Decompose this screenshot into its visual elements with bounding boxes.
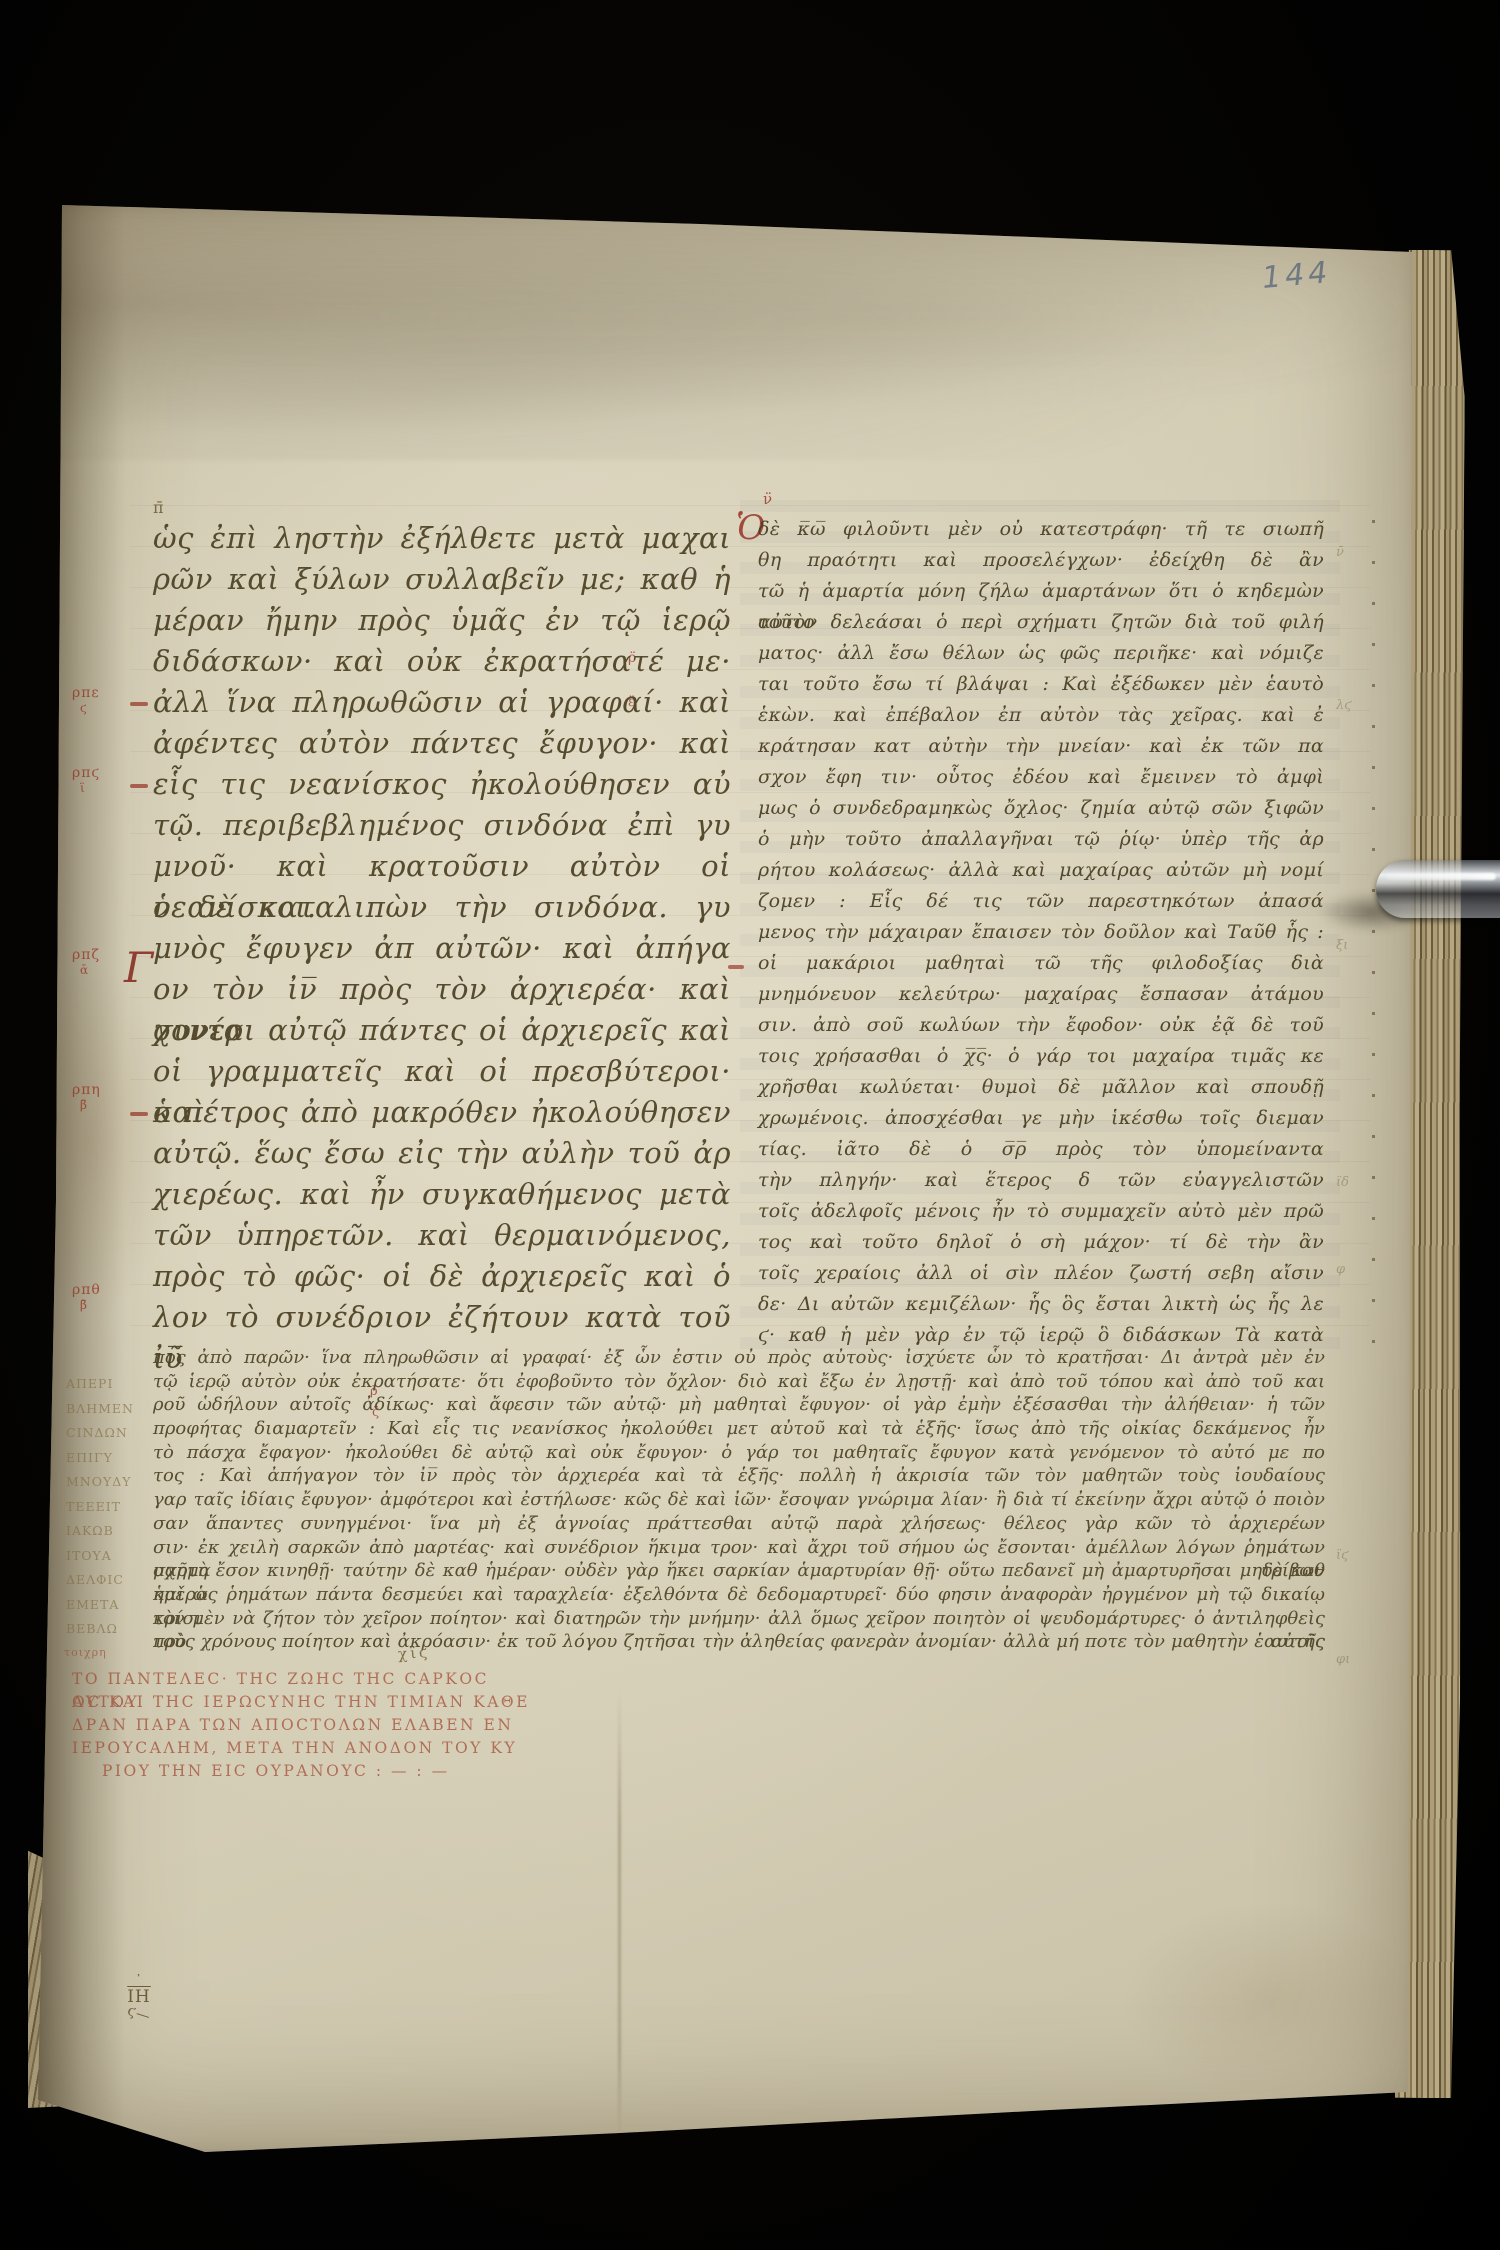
margin-note: ϊδ xyxy=(1336,1175,1349,1190)
eusebian-section-number: ρπϛ ϊ xyxy=(72,766,132,796)
eusebian-section-number: ρπθ β̄ xyxy=(72,1283,132,1313)
text-line: ΜΝΟΥΔΥ xyxy=(66,1470,150,1495)
pricking-holes xyxy=(1372,520,1375,1360)
canon-number: β̄ xyxy=(80,1298,132,1313)
canon-number: ϛ xyxy=(80,701,132,716)
text-line: ΑΠΕΡΙ xyxy=(66,1372,150,1397)
text-line: σιν. ἀπὸ σοῦ κωλύων τὴν ἔφοδον· οὐκ ἐᾷ δ… xyxy=(758,1010,1324,1041)
rubric-note-block: ΤΟ ΠΑΝΤΕΛΕϹ· ΤΗϹ ΖΩΗϹ ΤΗϹ ϹΑΡΚΟϹ ΑΥΤΟΥΟϹ… xyxy=(72,1668,542,1783)
text-line: τὴν πληγήν· καὶ ἕτερος δ τῶν εὐαγγελιστῶ… xyxy=(758,1165,1324,1196)
rubric-paragraph-dash xyxy=(130,1112,148,1116)
rubric-paragraph-dash xyxy=(130,784,148,788)
eusebian-section-number: ρπε ϛ xyxy=(72,686,132,716)
text-line: ται τοῦτο ἔσω τί βλάψαι : Καὶ ἐξέδωκεν μ… xyxy=(758,669,1324,700)
photograph-background: { "folio_number": "144", "quire_mark": {… xyxy=(0,0,1500,2250)
text-line: ΡΙΟΥ ΤΗΝ ΕΙϹ ΟΥΡΑΝΟΥϹ : — : — xyxy=(102,1760,542,1783)
parchment-stain xyxy=(1120,1900,1420,2100)
end-flourish-mark: χϊϛ xyxy=(397,1643,431,1663)
text-line: γαρ ταῖς ἰδίαις ἔφυγον· ἀμφότεροι καὶ ἐσ… xyxy=(153,1488,1325,1512)
text-line: ΤΕΕΕΙΤ xyxy=(66,1495,150,1520)
text-line: μέραν ἤμην πρὸς ὑμᾶς ἐν τῷ ἱερῷ xyxy=(153,600,731,641)
text-line: ΙΤΟΥΑ xyxy=(66,1544,150,1569)
text-line: προφήτας διαμαρτεῖν : Καὶ εἷς τις νεανίσ… xyxy=(153,1417,1325,1441)
text-line: τῷ. περιβεβλημένος σινδόνα ἐπὶ γυ xyxy=(153,805,731,846)
text-line: ὡς ἐπὶ ληστὴν ἐξήλθετε μετὰ μαχαι xyxy=(153,518,731,559)
text-line: ἀλλ ἵνα πληρωθῶσιν αἱ γραφαί· καὶ xyxy=(153,682,731,723)
section-num: ρπθ xyxy=(72,1282,101,1298)
text-line: τοις χρήσασθαι ὁ χ̅ς̅· ὁ γάρ τοι μαχαίρα… xyxy=(758,1041,1324,1072)
text-line: ΤΟ ΠΑΝΤΕΛΕϹ· ΤΗϹ ΖΩΗϹ ΤΗϹ ϹΑΡΚΟϹ ΑΥΤΟΥ xyxy=(72,1668,542,1691)
text-line: ὁ δὲ καταλιπὼν τὴν σινδόνα. γυ xyxy=(153,887,731,928)
commentary-lower-block: πος ἀπὸ παρῶν· ἵνα πληρωθῶσιν αἱ γραφαί·… xyxy=(153,1346,1325,1654)
text-line: ΟϹ ΚΑΙ ΤΗϹ ΙΕΡΩϹΥΝΗϹ ΤΗΝ ΤΙΜΙΑΝ ΚΑΘΕ xyxy=(72,1691,542,1714)
commentary-text-column: δὲ κ̅ω̅ φιλοῦντι μὲν οὐ κατεστράφη· τῆ τ… xyxy=(758,514,1324,1351)
rubric-fragment: τοιχρη xyxy=(64,1646,107,1659)
text-line: ΔΡΑΝ ΠΑΡΑ ΤΩΝ ΑΠΟϹΤΟΛΩΝ ΕΛΑΒΕΝ ΕΝ xyxy=(72,1714,542,1737)
text-line: ζομεν : Εἷς δέ τις τῶν παρεστηκότων ἀπασ… xyxy=(758,886,1324,917)
text-line: ἀφέντες αὐτὸν πάντες ἔφυγον· καὶ xyxy=(153,723,731,764)
text-line: πος ἀπὸ παρῶν· ἵνα πληρωθῶσιν αἱ γραφαί·… xyxy=(153,1346,1325,1370)
gospel-text-column: ὡς ἐπὶ ληστὴν ἐξήλθετε μετὰ μαχαιρῶν καὶ… xyxy=(153,518,731,1338)
parchment-fold-crease xyxy=(618,1690,621,2140)
margin-gloss-column: ΑΠΕΡΙΒΛΗΜΕΝϹΙΝΔΩΝΕΠΙΓΥΜΝΟΥΔΥΤΕΕΕΙΤΙΑΚΩΒΙ… xyxy=(66,1372,150,1642)
text-line: χιερέως. καὶ ἦν συγκαθήμενος μετὰ xyxy=(153,1174,731,1215)
text-line: θη πραότητι καὶ προσελέγχων· ἐδείχθη δὲ … xyxy=(758,545,1324,576)
text-line: σαν ἅπαντες συνηγμένοι· ἵνα μὴ ἐξ ἀγνοία… xyxy=(153,1512,1325,1536)
text-line: μως ὁ συνδεδραμηκὼς ὄχλος· ζημία αὐτῷ σῶ… xyxy=(758,793,1324,824)
text-line: ρήτου κολάσεως· ἀλλὰ καὶ μαχαίρας αὐτῶν … xyxy=(758,855,1324,886)
section-num: ρπζ xyxy=(72,947,100,963)
text-line: τῶ ἡ ἁμαρτία μόνη ζήλω ἁμαρτάνων ὅτι ὁ κ… xyxy=(758,576,1324,607)
text-line: τος : Καὶ ἀπήγαγον τὸν ἰν̅ πρὸς τὸν ἀρχι… xyxy=(153,1464,1325,1488)
canon-number: β̈ xyxy=(80,1098,132,1113)
text-line: αὐτὸν δελεάσαι ὁ περὶ σχήματι ζητῶν διὰ … xyxy=(758,607,1324,638)
text-line: σιν· ἐκ χειλὴ σαρκῶν ἀπὸ μαρτέας· καὶ συ… xyxy=(153,1536,1325,1560)
text-line: ὁ μὴν τοῦτο ἀπαλλαγῆναι τῷ ῥίῳ· ὑπὲρ τῆς… xyxy=(758,824,1324,855)
text-line: μνοῦ· καὶ κρατοῦσιν αὐτὸν οἱ νεανίσκοι. xyxy=(153,846,731,887)
gospel-superscript-mark: π̄ xyxy=(153,498,164,517)
text-line: ΒΛΗΜΕΝ xyxy=(66,1397,150,1422)
text-line: τὸν μὲν νὰ ζήτον τὸν χεῖρον ποίητον· καὶ… xyxy=(153,1607,1325,1631)
text-line: ρῶν καὶ ξύλων συλλαβεῖν με; καθ ἡ xyxy=(153,559,731,600)
text-line: ΙΑΚΩΒ xyxy=(66,1519,150,1544)
text-line: ΔΕΛΦΙϹ xyxy=(66,1568,150,1593)
text-line: τος καὶ τοῦτο δηλοῖ ὁ σὴ μάχον· τί δὲ τὴ… xyxy=(758,1227,1324,1258)
text-line: ϹΙΝΔΩΝ xyxy=(66,1421,150,1446)
text-line: ΙΕΡΟΥϹΑΛΗΜ, ΜΕΤΑ ΤΗΝ ΑΝΟΔΟΝ ΤΟΥ ΚΥ xyxy=(72,1737,542,1760)
text-line: ΕΜΕΤΑ xyxy=(66,1593,150,1618)
margin-note: ξι xyxy=(1336,938,1348,953)
eusebian-section-number: ρπη β̈ xyxy=(72,1083,132,1113)
text-line: ροῦ ὡδήλουν αὐτοῖς ἀδίκως· καὶ ἄφεσιν τῶ… xyxy=(153,1393,1325,1417)
text-line: κράτησαν κατ αὐτὴν τὴν μνείαν· καὶ ἐκ τῶ… xyxy=(758,731,1324,762)
text-line: τοῖς χεραίοις ἀλλ οἱ σὶν πλέον ζωστή σεβ… xyxy=(758,1258,1324,1289)
margin-note: ν̄ xyxy=(1336,545,1344,560)
text-line: χονται αὐτῷ πάντες οἱ ἀρχιερεῖς καὶ xyxy=(153,1010,731,1051)
text-line: δὲ κ̅ω̅ φιλοῦντι μὲν οὐ κατεστράφη· τῆ τ… xyxy=(758,514,1324,545)
canon-number: ϊ xyxy=(80,781,132,796)
text-line: ΕΠΙΓΥ xyxy=(66,1446,150,1471)
text-line: μενος τὴν μάχαιραν ἔπαισεν τὸν δοῦλον κα… xyxy=(758,917,1324,948)
text-line: οἱ γραμματεῖς καὶ οἱ πρεσβύτεροι· καὶ xyxy=(153,1051,731,1092)
text-line: οἱ μακάριοι μαθηταὶ τῶ τῆς φιλοδοξίας δι… xyxy=(758,948,1324,979)
text-line: δε· Δι αὐτῶν κεμιζέλων· ἧς ὃς ἔσται λικτ… xyxy=(758,1289,1324,1320)
text-line: μνὸς ἔφυγεν ἀπ αὐτῶν· καὶ ἀπήγα xyxy=(153,928,731,969)
rubric-superscript: ν̈ xyxy=(763,490,772,508)
gutter-shadow xyxy=(30,200,125,2160)
text-line: ΒΕΒΛΩ xyxy=(66,1617,150,1642)
text-line: χρῆσθαι κωλύεται· θυμοὶ δὲ μᾶλλον καὶ σπ… xyxy=(758,1072,1324,1103)
text-line: μνημόνευον κελεύτρω· μαχαίρας ἔσπασαν ἀτ… xyxy=(758,979,1324,1010)
section-num: ρπη xyxy=(72,1082,101,1098)
text-line: τῶν ὑπηρετῶν. καὶ θερμαινόμενος, xyxy=(153,1215,731,1256)
text-line: σχον ἔφη τιν· οὗτος ἐδέου καὶ ἔμεινεν τὸ… xyxy=(758,762,1324,793)
glass-highlight xyxy=(1386,873,1496,880)
folio-number-pencil: 144 xyxy=(1261,255,1333,296)
text-line: λον τὸ συνέδριον ἐζήτουν κατὰ τοῦ ἰῦ̅ xyxy=(153,1297,731,1338)
margin-note: φι xyxy=(1336,1652,1350,1667)
text-line: ον τὸν ἰν̅ πρὸς τὸν ἀρχιερέα· καὶ συνέρ xyxy=(153,969,731,1010)
manuscript-page: 144 ρπε ϛ ρπϛ ϊ ρπζ ᾱ ρπη β̈ ρπθ β̄ Γ Ὁ … xyxy=(30,200,1422,2160)
text-line: τῷ ἱερῷ αὐτὸν οὐκ ἐκρατήσατε· ὅτι ἐφοβοῦ… xyxy=(153,1370,1325,1394)
text-line: τὸ πάσχα ἔφαγον· ἠκολούθει δὲ αὐτῷ καὶ ο… xyxy=(153,1441,1325,1465)
rubric-paragraph-dash xyxy=(130,702,148,706)
section-num: ρπε xyxy=(72,685,100,701)
text-line: διδάσκων· καὶ οὐκ ἐκρατήσατέ με· xyxy=(153,641,731,682)
text-line: μαρτὴ ἔσον κινηθῇ· ταύτην δὲ καθ ἡμέραν·… xyxy=(153,1559,1325,1583)
text-line: ὁ πέτρος ἀπὸ μακρόθεν ἠκολούθησεν xyxy=(153,1092,731,1133)
margin-note: λϛ xyxy=(1336,698,1352,713)
parchment-stain xyxy=(30,200,1422,460)
text-line: τοὺς χρόνους ποίητον καὶ ἀκρόασιν· ἐκ το… xyxy=(153,1630,1325,1654)
text-line: τοῖς ἀδελφοῖς μένοις ἦν τὸ συμμαχεῖν αὐτ… xyxy=(758,1196,1324,1227)
text-line: ματος· ἀλλ ἔσω θέλων ὡς φῶς περιῆκε· καὶ… xyxy=(758,638,1324,669)
text-line: ἑκὼν. καὶ ἐπέβαλον ἐπ αὐτὸν τὰς χεῖρας. … xyxy=(758,700,1324,731)
text-line: αὐτῷ. ἕως ἔσω εἰς τὴν αὐλὴν τοῦ ἀρ xyxy=(153,1133,731,1174)
text-line: πρὸς τὸ φῶς· οἱ δὲ ἀρχιερεῖς καὶ ὁ xyxy=(153,1256,731,1297)
margin-note: φ xyxy=(1336,1262,1345,1277)
glass-page-weight xyxy=(1376,860,1500,918)
text-line: τίας. ἰᾶτο δὲ ὁ σ̅ρ̅ πρὸς τὸν ὑπομείναντ… xyxy=(758,1134,1324,1165)
section-num: ρπϛ xyxy=(72,765,100,781)
quire-signature: ᾿ ΙΗ ϛ— xyxy=(114,1972,164,2023)
rubric-initial-gamma: Γ xyxy=(124,948,153,988)
text-line: εἷς τις νεανίσκος ἠκολούθησεν αὐ xyxy=(153,764,731,805)
text-line: χρωμένοις. ἀποσχέσθαι γε μὴν ἱκέσθω τοῖς… xyxy=(758,1103,1324,1134)
margin-note: ϊϛ xyxy=(1336,1548,1348,1563)
text-line: καὶ ὡς ῥημάτων πάντα δεσμεύει καὶ ταραχλ… xyxy=(153,1583,1325,1607)
eusebian-section-number: ρπζ ᾱ xyxy=(72,948,132,978)
